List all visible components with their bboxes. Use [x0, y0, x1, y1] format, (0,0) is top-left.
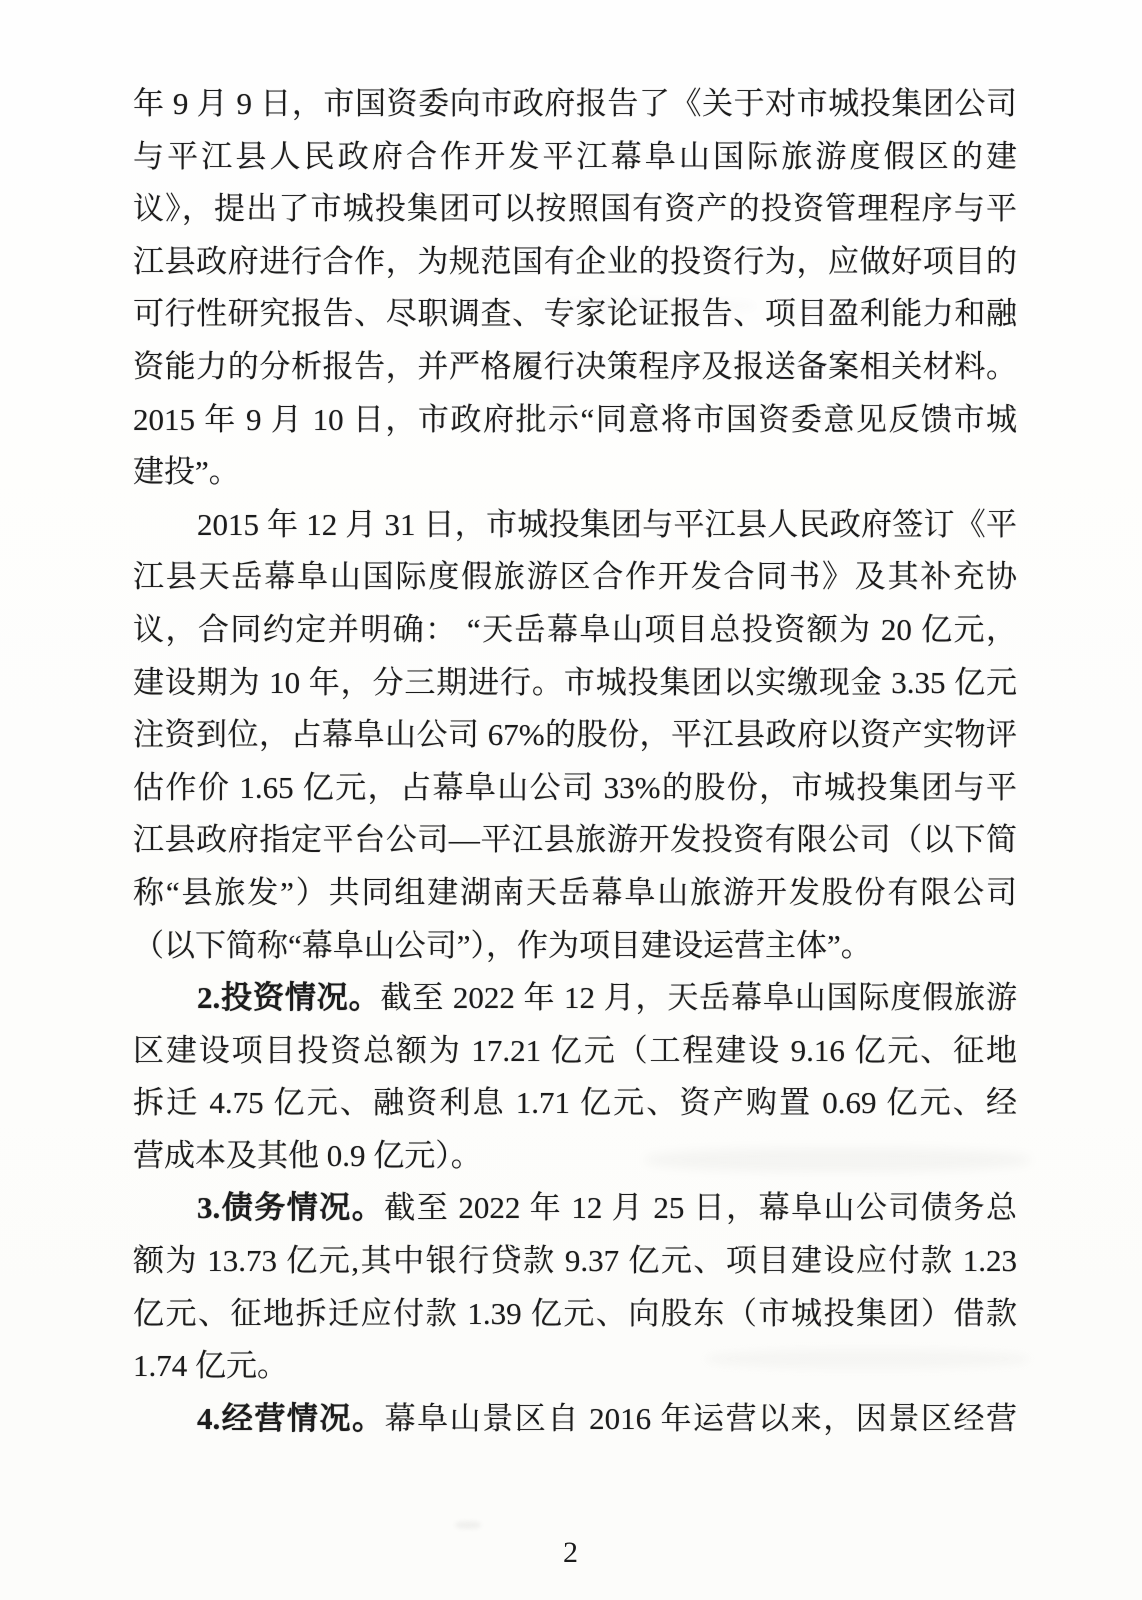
body-text: 可行性研究报告、尽职调查、专家论证报告、项目盈利能力和融 [133, 296, 1017, 331]
body-text: 2015 年 12 月 31 日，市城投集团与平江县人民政府签订《平 [197, 507, 1017, 542]
section-heading-text: 2.投资情况。 [197, 980, 380, 1015]
body-text: 估作价 1.65 亿元，占幕阜山公司 33%的股份，市城投集团与平 [133, 770, 1017, 805]
body-text: 年 9 月 9 日，市国资委向市政府报告了《关于对市城投集团公司 [133, 86, 1017, 121]
text-block: 年 9 月 9 日，市国资委向市政府报告了《关于对市城投集团公司与平江县人民政府… [133, 78, 1017, 1445]
body-text: 幕阜山景区自 2016 年运营以来，因景区经营 [385, 1401, 1017, 1436]
body-text: 江县政府进行合作，为规范国有企业的投资行为，应做好项目的 [133, 244, 1017, 279]
body-text: 建投”。 [133, 454, 240, 489]
body-text: 建设期为 10 年，分三期进行。市城投集团以实缴现金 3.35 亿元 [133, 665, 1017, 700]
text-line: 额为 13.73 亿元,其中银行贷款 9.37 亿元、项目建设应付款 1.23 [133, 1235, 1017, 1288]
text-line: 可行性研究报告、尽职调查、专家论证报告、项目盈利能力和融 [133, 288, 1017, 341]
section-heading-text: 4.经营情况。 [197, 1401, 385, 1436]
body-text: 议》，提出了市城投集团可以按照国有资产的投资管理程序与平 [133, 191, 1017, 226]
text-line: （以下简称“幕阜山公司”），作为项目建设运营主体”。 [133, 920, 1017, 973]
body-text: 与平江县人民政府合作开发平江幕阜山国际旅游度假区的建 [133, 139, 1017, 174]
body-text: 称“县旅发”）共同组建湖南天岳幕阜山旅游开发股份有限公司 [133, 875, 1017, 910]
text-line: 年 9 月 9 日，市国资委向市政府报告了《关于对市城投集团公司 [133, 78, 1017, 131]
text-line: 建设期为 10 年，分三期进行。市城投集团以实缴现金 3.35 亿元 [133, 657, 1017, 710]
body-text: （以下简称“幕阜山公司”），作为项目建设运营主体”。 [133, 928, 872, 963]
text-line: 2015 年 9 月 10 日，市政府批示“同意将市国资委意见反馈市城 [133, 394, 1017, 447]
text-line: 议，合同约定并明确： “天岳幕阜山项目总投资额为 20 亿元， [133, 604, 1017, 657]
body-text: 江县天岳幕阜山国际度假旅游区合作开发合同书》及其补充协 [133, 559, 1017, 594]
body-text: 区建设项目投资总额为 17.21 亿元（工程建设 9.16 亿元、征地 [133, 1033, 1017, 1068]
text-line: 区建设项目投资总额为 17.21 亿元（工程建设 9.16 亿元、征地 [133, 1025, 1017, 1078]
body-text: 拆迁 4.75 亿元、融资利息 1.71 亿元、资产购置 0.69 亿元、经 [133, 1085, 1017, 1120]
text-line: 建投”。 [133, 446, 1017, 499]
body-text: 亿元、征地拆迁应付款 1.39 亿元、向股东（市城投集团）借款 [133, 1296, 1017, 1331]
text-line: 称“县旅发”）共同组建湖南天岳幕阜山旅游开发股份有限公司 [133, 867, 1017, 920]
body-text: 江县政府指定平台公司—平江县旅游开发投资有限公司（以下简 [133, 822, 1017, 857]
body-text: 1.74 亿元。 [133, 1348, 288, 1383]
body-text: 截至 2022 年 12 月 25 日，幕阜山公司债务总 [384, 1190, 1017, 1225]
text-line: 营成本及其他 0.9 亿元）。 [133, 1130, 1017, 1183]
text-line: 江县天岳幕阜山国际度假旅游区合作开发合同书》及其补充协 [133, 551, 1017, 604]
body-text: 营成本及其他 0.9 亿元）。 [133, 1138, 482, 1173]
text-line: 江县政府进行合作，为规范国有企业的投资行为，应做好项目的 [133, 236, 1017, 289]
text-line: 亿元、征地拆迁应付款 1.39 亿元、向股东（市城投集团）借款 [133, 1288, 1017, 1341]
body-text: 额为 13.73 亿元,其中银行贷款 9.37 亿元、项目建设应付款 1.23 [133, 1243, 1017, 1278]
scan-speck-artifact [455, 1521, 481, 1529]
text-line: 江县政府指定平台公司—平江县旅游开发投资有限公司（以下简 [133, 814, 1017, 867]
text-line: 2.投资情况。截至 2022 年 12 月，天岳幕阜山国际度假旅游 [133, 972, 1017, 1025]
text-line: 注资到位，占幕阜山公司 67%的股份，平江县政府以资产实物评 [133, 709, 1017, 762]
body-text: 2015 年 9 月 10 日，市政府批示“同意将市国资委意见反馈市城 [133, 402, 1017, 437]
text-line: 2015 年 12 月 31 日，市城投集团与平江县人民政府签订《平 [133, 499, 1017, 552]
body-text: 资能力的分析报告，并严格履行决策程序及报送备案相关材料。 [133, 349, 1017, 384]
body-text: 截至 2022 年 12 月，天岳幕阜山国际度假旅游 [380, 980, 1017, 1015]
text-line: 资能力的分析报告，并严格履行决策程序及报送备案相关材料。 [133, 341, 1017, 394]
text-line: 议》，提出了市城投集团可以按照国有资产的投资管理程序与平 [133, 183, 1017, 236]
page-number: 2 [0, 1536, 1142, 1570]
text-line: 拆迁 4.75 亿元、融资利息 1.71 亿元、资产购置 0.69 亿元、经 [133, 1077, 1017, 1130]
body-text: 注资到位，占幕阜山公司 67%的股份，平江县政府以资产实物评 [133, 717, 1017, 752]
section-heading-text: 3.债务情况。 [197, 1190, 384, 1225]
text-line: 3.债务情况。截至 2022 年 12 月 25 日，幕阜山公司债务总 [133, 1182, 1017, 1235]
text-line: 4.经营情况。幕阜山景区自 2016 年运营以来，因景区经营 [133, 1393, 1017, 1446]
body-text: 议，合同约定并明确： “天岳幕阜山项目总投资额为 20 亿元， [133, 612, 1017, 647]
text-line: 与平江县人民政府合作开发平江幕阜山国际旅游度假区的建 [133, 131, 1017, 184]
text-line: 1.74 亿元。 [133, 1340, 1017, 1393]
text-line: 估作价 1.65 亿元，占幕阜山公司 33%的股份，市城投集团与平 [133, 762, 1017, 815]
document-page: 年 9 月 9 日，市国资委向市政府报告了《关于对市城投集团公司与平江县人民政府… [0, 0, 1142, 1600]
